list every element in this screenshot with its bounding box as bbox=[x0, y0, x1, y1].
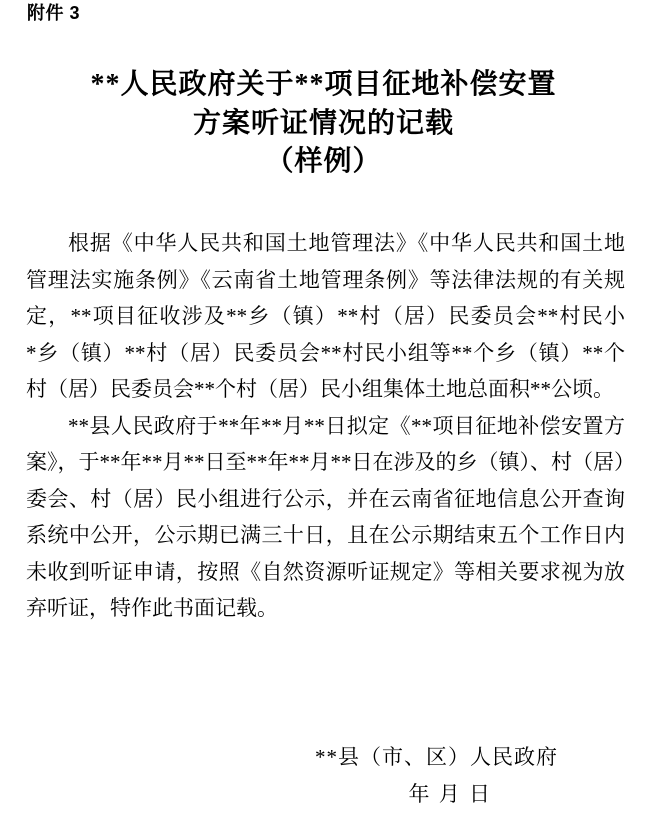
body-line: 系统中公开，公示期已满三十日，且在公示期结束五个工作日内 bbox=[26, 517, 625, 554]
document-title-line-1: **人民政府关于**项目征地补偿安置 bbox=[0, 66, 647, 105]
body-line: 弃听证，特作此书面记载。 bbox=[26, 590, 625, 627]
paragraph-1: 根据《中华人民共和国土地管理法》《中华人民共和国土地 管理法实施条例》《云南省土… bbox=[26, 225, 625, 408]
document-page: 附件 3 **人民政府关于**项目征地补偿安置 方案听证情况的记载 （样例） 根… bbox=[0, 0, 647, 822]
body-line: 根据《中华人民共和国土地管理法》《中华人民共和国土地 bbox=[26, 225, 625, 262]
body-line: *乡（镇）**村（居）民委员会**村民小组等**个乡（镇）**个 bbox=[26, 335, 625, 372]
body-line: 案》，于**年**月**日至**年**月**日在涉及的乡（镇）、村（居） bbox=[26, 444, 625, 481]
document-title: **人民政府关于**项目征地补偿安置 方案听证情况的记载 （样例） bbox=[0, 66, 647, 182]
body-line: 委会、村（居）民小组进行公示，并在云南省征地信息公开查询 bbox=[26, 481, 625, 518]
paragraph-2: **县人民政府于**年**月**日拟定《**项目征地补偿安置方 案》，于**年*… bbox=[26, 408, 625, 627]
document-title-line-3: （样例） bbox=[0, 143, 647, 182]
body-line: **县人民政府于**年**月**日拟定《**项目征地补偿安置方 bbox=[26, 408, 625, 445]
signature-authority: **县（市、区）人民政府 bbox=[315, 744, 558, 771]
body-line: 管理法实施条例》《云南省土地管理条例》等法律法规的有关规 bbox=[26, 262, 625, 299]
body-line: 定，**项目征收涉及**乡（镇）**村（居）民委员会**村民小组、 bbox=[26, 298, 625, 335]
document-body: 根据《中华人民共和国土地管理法》《中华人民共和国土地 管理法实施条例》《云南省土… bbox=[26, 225, 625, 627]
signature-date: 年 月 日 bbox=[409, 781, 491, 808]
body-line: 未收到听证申请，按照《自然资源听证规定》等相关要求视为放 bbox=[26, 554, 625, 591]
document-title-line-2: 方案听证情况的记载 bbox=[0, 105, 647, 144]
body-line: 村（居）民委员会**个村（居）民小组集体土地总面积**公顷。 bbox=[26, 371, 625, 408]
attachment-label: 附件 3 bbox=[27, 3, 80, 25]
